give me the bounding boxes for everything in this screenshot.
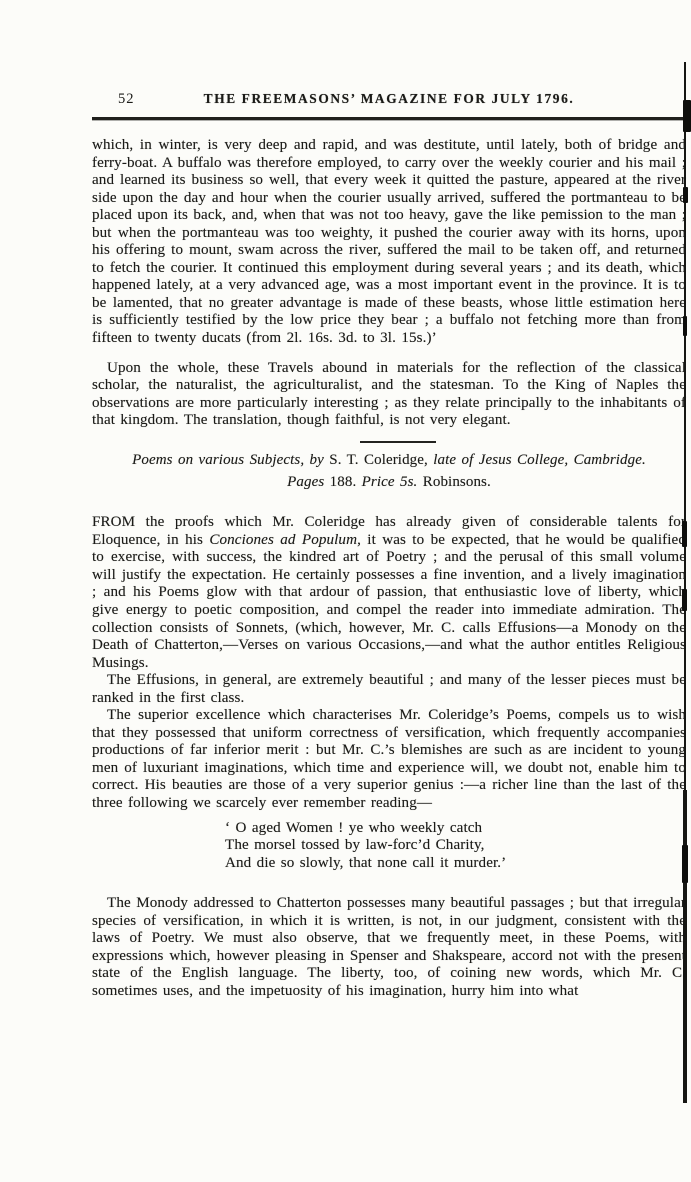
page-title: THE FREEMASONS’ MAGAZINE FOR JULY 1796.	[92, 91, 686, 107]
page-number: 52	[118, 91, 135, 108]
poems-review-paragraph-1: FROM the proofs which Mr. Coleridge has …	[92, 514, 686, 672]
poem-quote-line-2: The morsel tossed by law-forc’d Charity,	[225, 837, 686, 855]
text-column: 52 THE FREEMASONS’ MAGAZINE FOR JULY 179…	[92, 0, 686, 1000]
scan-edge-mark-3	[683, 316, 687, 336]
poems-review-paragraph-2: The Effusions, in general, are extremely…	[92, 672, 686, 707]
scan-edge-line	[684, 62, 686, 792]
page-body: which, in winter, is very deep and rapid…	[92, 137, 686, 1000]
poem-quote-line-3: And die so slowly, that none call it mur…	[225, 855, 686, 873]
travels-review-paragraph-2: Upon the whole, these Travels abound in …	[92, 360, 686, 430]
scan-edge-line-lower	[683, 790, 687, 1103]
poem-quotation-block: ‘ O aged Women ! ye who weekly catch The…	[225, 820, 686, 873]
scan-edge-mark-6	[682, 845, 688, 883]
scan-edge-mark-2	[683, 187, 688, 203]
scan-edge-mark-4	[682, 521, 687, 547]
travels-review-paragraph-1: which, in winter, is very deep and rapid…	[92, 137, 686, 348]
review-heading-title-line: Poems on various Subjects, by S. T. Cole…	[92, 452, 686, 469]
page-header: 52 THE FREEMASONS’ MAGAZINE FOR JULY 179…	[92, 91, 686, 110]
section-divider-rule	[360, 441, 436, 444]
review-heading-imprint-line: Pages 188. Price 5s. Robinsons.	[92, 474, 686, 491]
poems-review-paragraph-3: The superior excellence which characteri…	[92, 707, 686, 812]
magazine-page: 52 THE FREEMASONS’ MAGAZINE FOR JULY 179…	[0, 0, 691, 1182]
header-rule	[92, 117, 686, 120]
poems-review-closing-paragraph: The Monody addressed to Chatterton posse…	[92, 895, 686, 1000]
scan-edge-mark-1	[683, 100, 691, 132]
scan-edge-mark-5	[682, 589, 687, 611]
poem-quote-line-1: ‘ O aged Women ! ye who weekly catch	[225, 820, 686, 838]
poems-review-body: FROM the proofs which Mr. Coleridge has …	[92, 514, 686, 1000]
poems-review-heading: Poems on various Subjects, by S. T. Cole…	[92, 452, 686, 491]
